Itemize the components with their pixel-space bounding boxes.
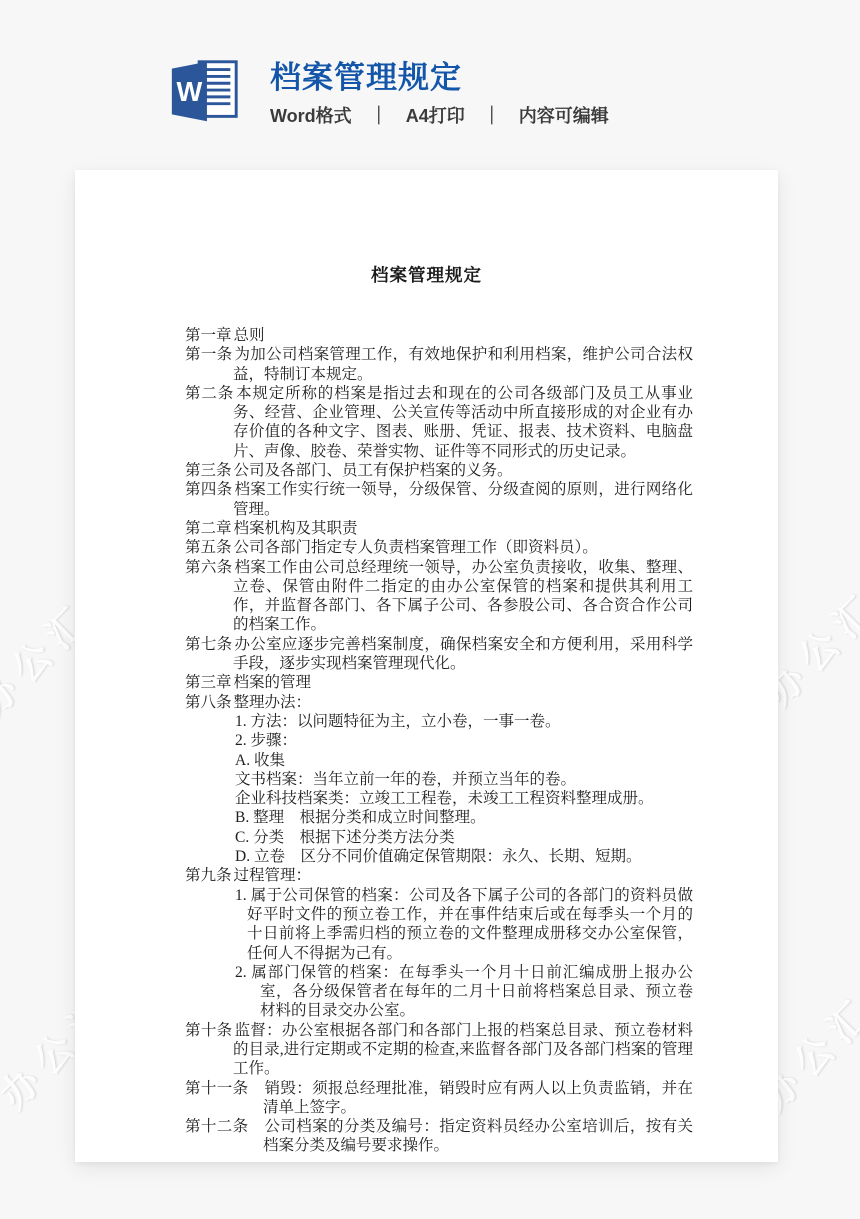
chapter-heading: 第一章总则 — [185, 326, 693, 345]
article-text: 公司档案的分类及编号：指定资料员经办公室培训后，按有关档案分类及编号要求操作。 — [263, 1118, 693, 1154]
template-features: Word格式 ｜ A4打印 ｜ 内容可编辑 — [270, 102, 609, 128]
article-label: 第八条 — [185, 694, 232, 711]
article-text: 本规定所称的档案是指过去和现在的公司各级部门及员工从事业务、经营、企业管理、公关… — [233, 385, 693, 460]
article-text: 监督：办公室根据各部门和各部门上报的档案总目录、预立卷材料的目录,进行定期或不定… — [233, 1022, 693, 1078]
document-title: 档案管理规定 — [75, 262, 778, 287]
chapter-heading: 第二章档案机构及其职责 — [185, 519, 693, 538]
article-paragraph: 第六条档案工作由公司总经理统一领导，办公室负责接收，收集、整理、立卷、保管由附件… — [185, 558, 693, 635]
template-title: 档案管理规定 — [270, 52, 462, 97]
article-label: 第六条 — [185, 559, 232, 576]
feature-word-format: Word格式 — [270, 106, 352, 126]
document-page: 档案管理规定 第一章总则 第一条为加公司档案管理工作，有效地保护和利用档案，维护… — [75, 170, 778, 1162]
article-text: 公司各部门指定专人负责档案管理工作（即资料员）。 — [234, 539, 598, 556]
article-paragraph: 第四条档案工作实行统一领导，分级保管、分级查阅的原则，进行网络化管理。 — [185, 480, 693, 519]
article-paragraph: 第十二条公司档案的分类及编号：指定资料员经办公室培训后，按有关档案分类及编号要求… — [185, 1117, 693, 1156]
document-body: 第一章总则 第一条为加公司档案管理工作，有效地保护和利用档案，维护公司合法权益，… — [185, 326, 693, 1156]
article-text: 过程管理： — [234, 867, 312, 884]
chapter-label: 第一章 — [185, 327, 232, 344]
article-text: 整理办法： — [234, 694, 312, 711]
article-paragraph: 第一条为加公司档案管理工作，有效地保护和利用档案，维护公司合法权益，特制订本规定… — [185, 345, 693, 384]
word-icon: W — [166, 56, 244, 128]
article-paragraph: 第三条公司及各部门、员工有保护档案的义务。 — [185, 461, 693, 480]
sub-item: 1. 方法：以问题特征为主，立小卷，一事一卷。 — [235, 712, 693, 731]
sub-item: 企业科技档案类：立竣工工程卷，未竣工工程资料整理成册。 — [235, 789, 693, 808]
article-label: 第一条 — [185, 346, 232, 363]
sub-item: 2. 步骤： — [235, 731, 693, 750]
article-paragraph: 第十一条销毁：须报总经理批准，销毁时应有两人以上负责监销，并在清单上签字。 — [185, 1079, 693, 1118]
chapter-label: 第三章 — [185, 674, 232, 691]
template-preview-canvas: 办公汇 办公汇 办公汇 办公汇 办公汇 办公汇 W 档案管理规定 Word格式 … — [0, 0, 860, 1219]
article-text: 为加公司档案管理工作，有效地保护和利用档案，维护公司合法权益，特制订本规定。 — [233, 346, 693, 382]
article-label: 第二条 — [185, 385, 234, 402]
article-label: 第十一条 — [185, 1080, 249, 1097]
feature-a4-print: A4打印 — [406, 106, 465, 126]
article-label: 第十条 — [185, 1022, 232, 1039]
sub-item: 1. 属于公司保管的档案：公司及各下属子公司的各部门的资料员做好平时文件的预立卷… — [185, 886, 693, 963]
sub-item: D. 立卷 区分不同价值确定保管期限：永久、长期、短期。 — [235, 847, 693, 866]
article-text: 办公室应逐步完善档案制度，确保档案安全和方便利用，采用科学手段，逐步实现档案管理… — [233, 636, 693, 672]
article-paragraph: 第五条公司各部门指定专人负责档案管理工作（即资料员）。 — [185, 538, 693, 557]
article-text: 档案工作实行统一领导，分级保管、分级查阅的原则，进行网络化管理。 — [233, 481, 693, 517]
article-text: 销毁：须报总经理批准，销毁时应有两人以上负责监销，并在清单上签字。 — [263, 1080, 693, 1116]
chapter-text: 档案机构及其职责 — [234, 520, 358, 537]
article-paragraph: 第十条监督：办公室根据各部门和各部门上报的档案总目录、预立卷材料的目录,进行定期… — [185, 1021, 693, 1079]
article-paragraph: 第七条办公室应逐步完善档案制度，确保档案安全和方便利用，采用科学手段，逐步实现档… — [185, 635, 693, 674]
separator-bar: ｜ — [483, 106, 501, 126]
sub-item: A. 收集 — [235, 751, 693, 770]
chapter-label: 第二章 — [185, 520, 232, 537]
chapter-text: 总则 — [234, 327, 265, 344]
article-label: 第五条 — [185, 539, 232, 556]
chapter-text: 档案的管理 — [234, 674, 312, 691]
article-paragraph: 第二条本规定所称的档案是指过去和现在的公司各级部门及员工从事业务、经营、企业管理… — [185, 384, 693, 461]
separator-bar: ｜ — [370, 106, 388, 126]
article-label: 第七条 — [185, 636, 232, 653]
article-label: 第九条 — [185, 867, 232, 884]
sub-item: B. 整理 根据分类和成立时间整理。 — [235, 808, 693, 827]
article-text: 档案工作由公司总经理统一领导，办公室负责接收，收集、整理、立卷、保管由附件二指定… — [233, 559, 693, 634]
article-paragraph: 第八条整理办法： — [185, 693, 693, 712]
article-label: 第十二条 — [185, 1118, 249, 1135]
article-label: 第四条 — [185, 481, 232, 498]
feature-editable: 内容可编辑 — [519, 106, 609, 126]
sub-item: 文书档案：当年立前一年的卷，并预立当年的卷。 — [235, 770, 693, 789]
chapter-heading: 第三章档案的管理 — [185, 673, 693, 692]
word-icon-letter: W — [177, 76, 203, 107]
sub-item: 2. 属部门保管的档案：在每季头一个月十日前汇编成册上报办公室，各分级保管者在每… — [185, 963, 693, 1021]
article-text: 公司及各部门、员工有保护档案的义务。 — [234, 462, 513, 479]
article-paragraph: 第九条过程管理： — [185, 866, 693, 885]
article-label: 第三条 — [185, 462, 232, 479]
sub-item: C. 分类 根据下述分类方法分类 — [235, 828, 693, 847]
